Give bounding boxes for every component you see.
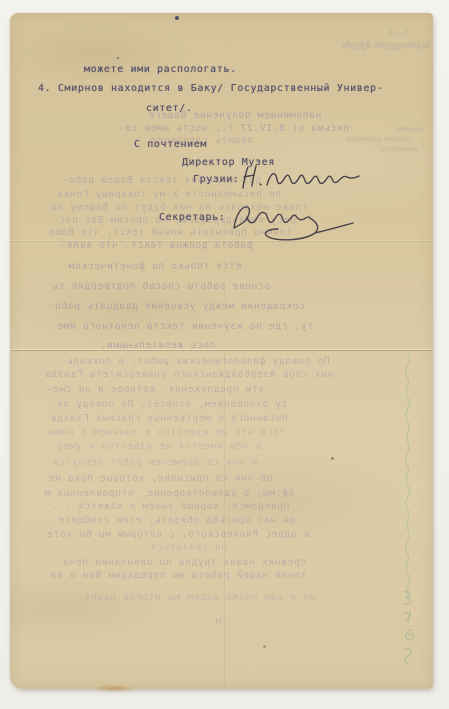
reverse-letterhead-line: საქართველოს მუზეუმი — [342, 41, 430, 50]
bleedthrough-line: ли связаться — [150, 542, 227, 553]
secretary-signature — [220, 198, 360, 246]
bleedthrough-line: тания нашей работы мы передадим Вам и ва — [50, 570, 307, 581]
archive-mark-pencil — [396, 588, 422, 668]
typed-line: Секретарь: — [159, 212, 225, 223]
bleedthrough-line: основе работы способ подтвердил ть — [52, 281, 270, 292]
reverse-letterhead-line: .ბ .ა .ბ — [388, 28, 410, 36]
typed-line: можете ими распологать. — [84, 64, 237, 75]
ink-speck — [117, 57, 119, 59]
typed-line: ситет/. — [146, 103, 192, 114]
bleedthrough-line: прежних наших трудов по окончании печа- — [56, 557, 306, 568]
bleedthrough-line: он нас просьба обязать, если сообщите — [58, 515, 296, 526]
paper-speck — [331, 457, 334, 460]
bleedthrough-line: приедемся, хорошо знаем о кажется ... — [52, 501, 290, 512]
marginal-handwriting — [398, 352, 418, 602]
bottom-edge-stain — [92, 684, 136, 693]
reverse-stamp-line: კომისარიატი — [380, 146, 418, 153]
typed-line: Грузии: — [193, 174, 239, 185]
bleedthrough-line: ных слов Азербайджанского университета Г… — [38, 369, 333, 380]
typed-line: 4. Смирнов находится в Баку/ Государстве… — [38, 83, 383, 94]
bleedthrough-line: лось желательными. — [100, 340, 216, 351]
typed-line: С почтением — [134, 139, 207, 150]
bleedthrough-line: оф:мы, о удовлетворение, отправленных м — [44, 488, 294, 499]
bleedthrough-line: м — [215, 616, 221, 627]
bleedthrough-line: но и вам позже дадим мы итогов наших — [84, 592, 315, 603]
bleedthrough-line: об они со присылке, которые пока не — [48, 473, 273, 484]
bleedthrough-line: в чём имеется не известно и умер — [56, 441, 261, 452]
reverse-stamp-line: თბილისი — [396, 126, 423, 133]
bleedthrough-line: письма от 8.IV.27 г., часть имею со- — [118, 123, 349, 134]
bleedthrough-line: По поводу филологических работ: и похвал… — [60, 356, 330, 367]
horizontal-fold-crease — [10, 349, 433, 352]
bleedthrough-line: ту отношением, отнесет. По поводу за- — [50, 399, 288, 410]
director-signature — [237, 162, 362, 196]
bleedthrough-line: того что не известно и знанием о нами — [48, 427, 286, 438]
bleedthrough-line: ется только по фонетическом — [68, 261, 241, 272]
reverse-stamp-line: სახალხო განათლების — [346, 136, 411, 143]
bleedthrough-line: эти предложения, которое и на сме- — [46, 384, 264, 395]
bleedthrough-line: писанного о мертвенных гласных Гзазда- — [44, 413, 288, 424]
bleedthrough-line: сокращению между усвоения двадцать рабо- — [48, 301, 305, 312]
bleedthrough-line: ту, где по изучении текста печатного име… — [50, 321, 313, 332]
scanned-letter-page: напоминаем получение Вашегописьма от 8.I… — [0, 0, 449, 709]
bleedthrough-line: и они со временем работ вернутся — [52, 457, 257, 468]
ink-speck — [175, 16, 179, 20]
bleedthrough-line: в адрес Ринкевского, с которым мы бы хот… — [40, 529, 310, 540]
paper-speck — [263, 645, 266, 648]
